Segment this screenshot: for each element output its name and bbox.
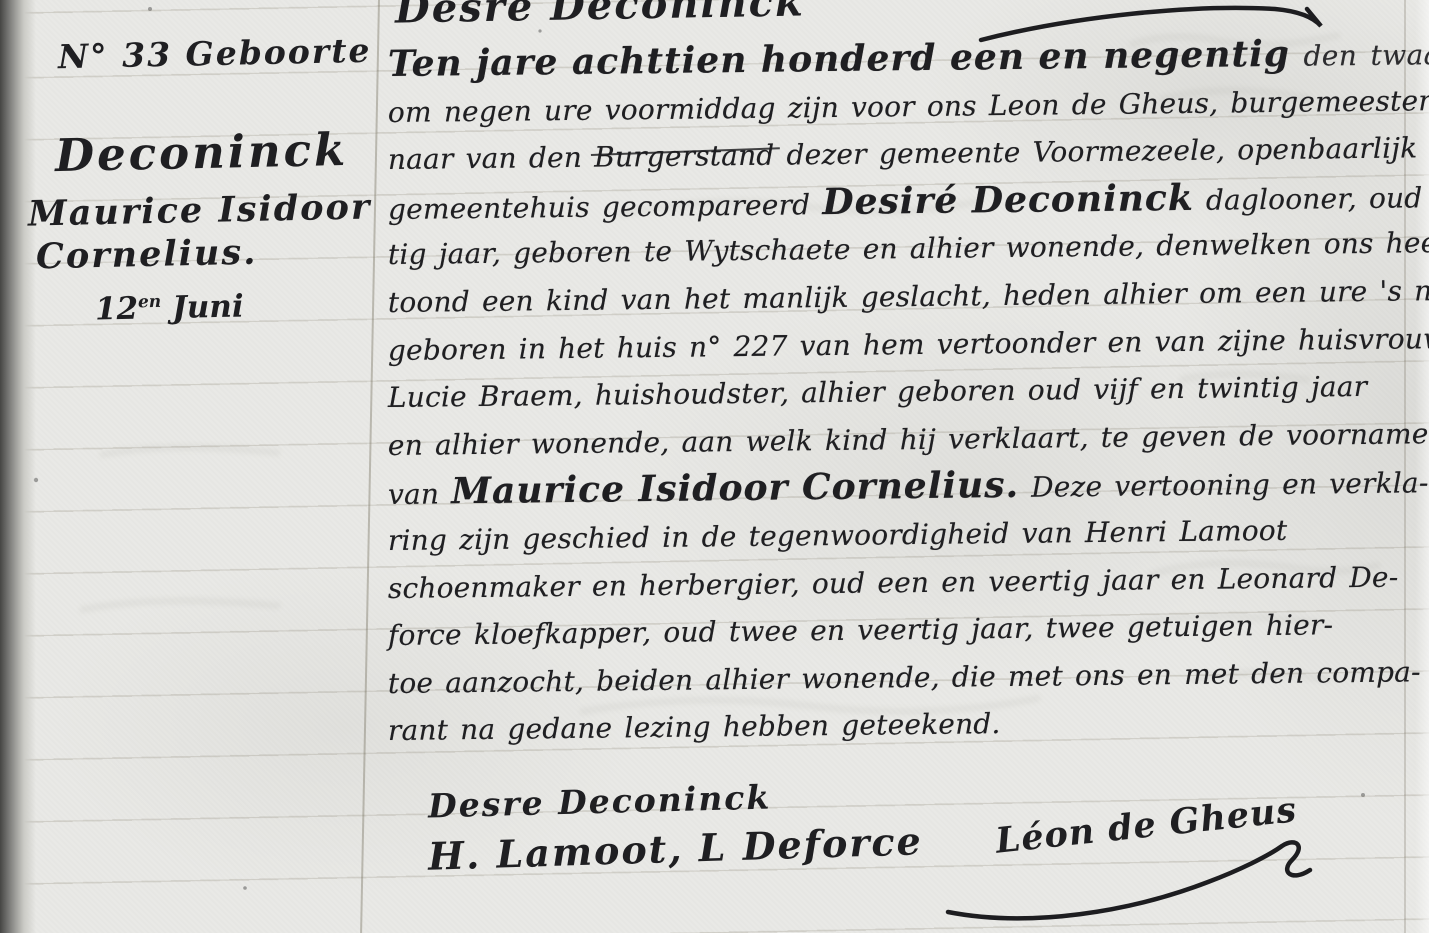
margin-surname: Deconinck <box>54 123 348 182</box>
body-line-part: om negen ure voormiddag zijn voor ons Le… <box>388 82 1429 128</box>
body-line-part: tig jaar, geboren te Wytschaete en alhie… <box>388 225 1429 271</box>
body-line-part: Desiré Deconinck <box>822 177 1194 223</box>
margin-rule-line <box>360 0 380 933</box>
margin-given-names-line1: Maurice Isidoor <box>28 186 372 234</box>
body-line-part: toe aanzocht, beiden alhier wonende, die… <box>388 655 1421 700</box>
margin-date-month: Juni <box>172 288 244 325</box>
body-line-part: rant na gedane lezing hebben geteekend. <box>388 707 1001 747</box>
body-line-part: Maurice Isidoor Cornelius. <box>451 464 1019 512</box>
body-line-part: gemeentehuis gecompareerd <box>388 188 823 226</box>
margin-given-names-line2: Cornelius. <box>36 232 258 278</box>
body-line-part: ring zijn geschied in de tegenwoordighei… <box>388 514 1288 557</box>
body-line-part: Lucie Braem, huishoudster, alhier gebore… <box>388 370 1368 414</box>
body-line-part: dezer gemeente Voormezeele, openbaarlijk… <box>774 130 1429 171</box>
body-line-part: en alhier wonende, aan welk kind hij ver… <box>388 417 1429 462</box>
body-line-part: force kloefkapper, oud twee en veertig j… <box>388 608 1334 652</box>
signature-comparant: Desre Deconinck <box>428 778 772 826</box>
body-line-part: daglooner, oud der- <box>1194 180 1429 216</box>
scanned-birth-record-page: N° 33 Geboorte Deconinck Maurice Isidoor… <box>0 0 1429 933</box>
body-line-part: toond een kind van het manlijk geslacht,… <box>388 273 1429 319</box>
signature-witnesses: H. Lamoot, L Deforce <box>427 818 923 879</box>
body-text: Ten jare achttien honderd een en negenti… <box>388 41 1422 755</box>
signature-officer: Léon de Gheus <box>994 789 1299 861</box>
body-line-part: van <box>388 478 452 512</box>
binding-edge-shadow <box>0 0 36 933</box>
margin-date-suffix: en <box>138 292 162 312</box>
margin-date-day: 12 <box>95 291 139 328</box>
body-line-part: den twaalfden Juni <box>1303 36 1429 72</box>
body-line: rant na gedane lezing hebben geteekend. <box>388 696 1422 755</box>
act-number-label: N° 33 Geboorte <box>58 31 372 77</box>
body-line-part: naar van den <box>388 141 595 176</box>
body-line-part: Burgerstand <box>594 139 775 174</box>
previous-act-signature: Desre Deconinck <box>395 0 805 33</box>
margin-date: 12en Juni <box>95 288 244 327</box>
body-line-part: geboren in het huis n° 227 van hem verto… <box>388 322 1429 367</box>
body-line-part: schoenmaker en herbergier, oud een en ve… <box>388 560 1399 604</box>
body-line-part: Ten jare achttien honderd een en negenti… <box>388 33 1304 85</box>
body-line-part: Deze vertooning en verkla- <box>1019 467 1429 505</box>
